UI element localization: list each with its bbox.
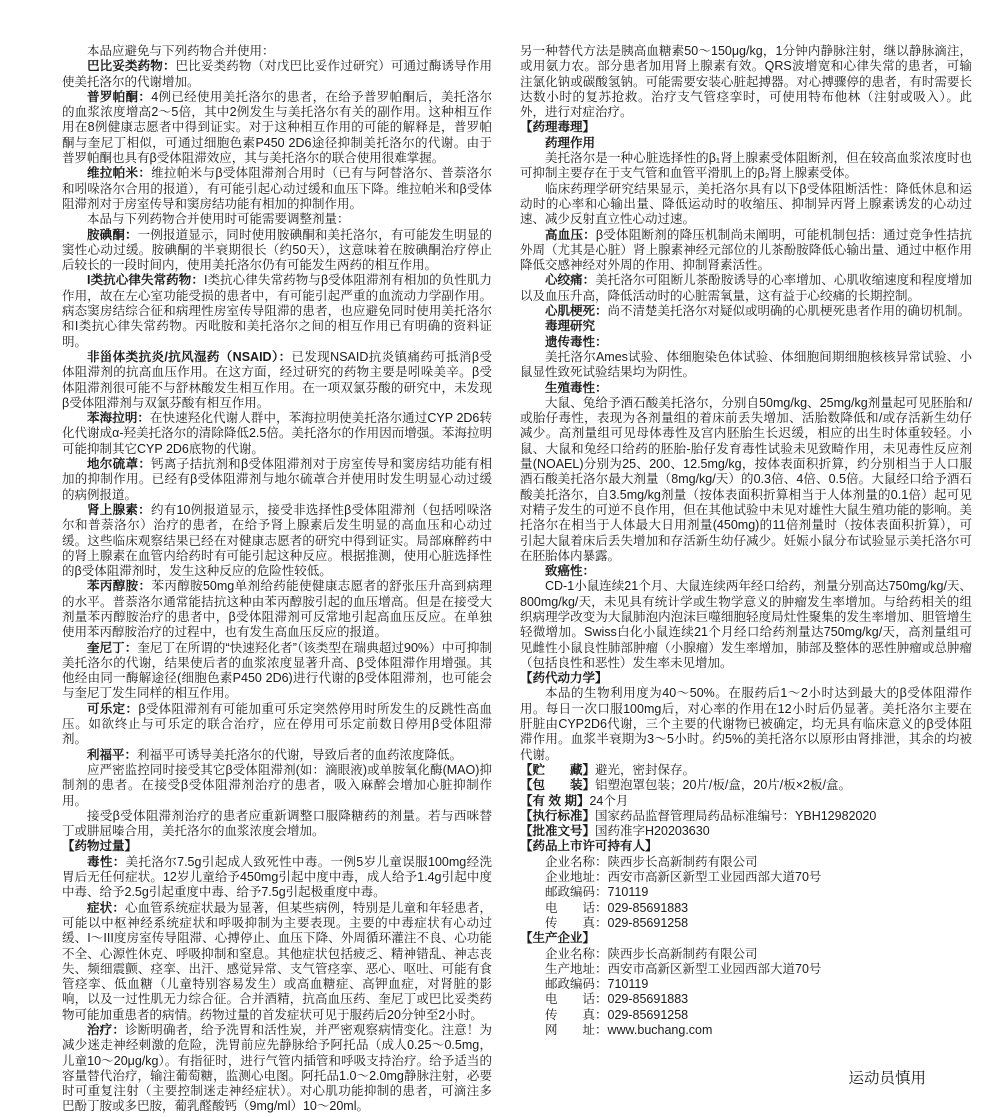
field-line: 【包 装】铝塑泡罩包装；20片/板/盒，20片/板×2板/盒。 [520, 778, 972, 793]
term-label: 利福平： [87, 748, 137, 762]
text-content: 企业名称：陕西步长高新制药有限公司 [545, 855, 758, 869]
paragraph: 巴比妥类药物：巴比妥类药物（对戊巴比妥作过研究）可通过酶诱导作用使美托洛尔的代谢… [62, 59, 492, 90]
text-content: 网 址：www.buchang.com [545, 1023, 712, 1037]
text-content: 本品应避免与下列药物合并使用： [87, 44, 275, 58]
paragraph: 普罗帕酮：4例已经使用美托洛尔的患者，在给予普罗帕酮后，美托洛尔的血浆浓度增高2… [62, 90, 492, 166]
text-content: 尚不清楚美托洛尔对疑似或明确的心肌梗死患者作用的确切机制。 [608, 304, 971, 318]
term-label: 苯海拉明： [87, 411, 150, 425]
text-content: 铝塑泡罩包装；20片/板/盒，20片/板×2板/盒。 [595, 778, 851, 792]
sub-heading: 致癌性： [520, 564, 972, 579]
info-line: 传 真：029-85691258 [520, 1008, 972, 1023]
text-content: 美托洛尔是一种心脏选择性的β₁肾上腺素受体阻断剂，但在较高血浆浓度时也可抑制主要… [520, 151, 972, 180]
paragraph: 症状：心血管系统症状最为显著，但某些病例，特别是儿童和年轻患者，可能以中枢神经系… [62, 901, 492, 1023]
insert-columns: 本品应避免与下列药物合并使用：巴比妥类药物：巴比妥类药物（对戊巴比妥作过研究）可… [0, 0, 1000, 1115]
text-content: 遗传毒性： [545, 335, 608, 349]
athlete-caution-note: 运动员慎用 [520, 1070, 972, 1088]
paragraph: 临床药理学研究结果显示，美托洛尔具有以下β受体阻断活性：降低休息和运动时的心率和… [520, 182, 972, 228]
info-line: 电 话：029-85691883 [520, 901, 972, 916]
field-label: 【批准文号】 [520, 824, 595, 838]
paragraph: 高血压：β受体阻断剂的降压机制尚未阐明，可能机制包括：通过竞争性拮抗外周（尤其是… [520, 228, 972, 274]
sub-heading: 生殖毒性： [520, 381, 972, 396]
paragraph: 另一种替代方法是胰高血糖素50～150μg/kg，1分钟内静脉注射，继以静脉滴注… [520, 44, 972, 120]
field-line: 【批准文号】国药准字H20203630 [520, 824, 972, 839]
text-content: 利福平可诱导美托洛尔的代谢，导致后者的血药浓度降低。 [137, 748, 462, 762]
term-label: 奎尼丁： [87, 641, 137, 655]
paragraph: 大鼠、兔给予酒石酸美托洛尔，分别自50mg/kg、25mg/kg剂量起可见胚胎和… [520, 396, 972, 564]
text-content: 企业名称：陕西步长高新制药有限公司 [545, 947, 758, 961]
term-label: 高血压： [545, 228, 596, 242]
sub-heading: 药理作用 [520, 136, 972, 151]
term-label: 苯丙醇胺： [87, 579, 151, 593]
text-content: 药理作用 [545, 136, 595, 150]
info-line: 企业名称：陕西步长高新制药有限公司 [520, 947, 972, 962]
paragraph: 维拉帕米：维拉帕米与β受体阻滞剂合用时（已有与阿替洛尔、普萘洛尔和吲哚洛尔合用的… [62, 166, 492, 212]
text-content: 【生产企业】 [520, 931, 595, 945]
paragraph: 心肌梗死：尚不清楚美托洛尔对疑似或明确的心肌梗死患者作用的确切机制。 [520, 304, 972, 319]
package-insert-page: 本品应避免与下列药物合并使用：巴比妥类药物：巴比妥类药物（对戊巴比妥作过研究）可… [0, 0, 1000, 1117]
term-label: 症状： [87, 901, 125, 915]
text-content: 另一种替代方法是胰高血糖素50～150μg/kg，1分钟内静脉注射，继以静脉滴注… [520, 44, 972, 119]
paragraph: 奎尼丁：奎尼丁在所谓的“快速羟化者”（该类型在瑞典超过90%）中可抑制美托洛尔的… [62, 641, 492, 702]
section-heading: 【药理毒理】 [520, 120, 972, 135]
text-content: 毒理研究 [545, 319, 595, 333]
right-column: 另一种替代方法是胰高血糖素50～150μg/kg，1分钟内静脉注射，继以静脉滴注… [520, 44, 972, 1115]
info-line: 邮政编码：710119 [520, 977, 972, 992]
term-label: 可乐定： [87, 702, 138, 716]
field-line: 【有 效 期】24个月 [520, 794, 972, 809]
text-content: 本品与下列药物合并使用时可能需要调整剂量： [87, 212, 350, 226]
term-label: 治疗： [87, 1023, 125, 1037]
paragraph: 利福平：利福平可诱导美托洛尔的代谢，导致后者的血药浓度降低。 [62, 748, 492, 763]
paragraph: 应严密监控同时接受其它β受体阻滞剂(如：滴眼液)或单胺氧化酶(MAO)抑制剂的患… [62, 763, 492, 809]
paragraph: 本品与下列药物合并使用时可能需要调整剂量： [62, 212, 492, 227]
paragraph: 非甾体类抗炎/抗风湿药（NSAID）：已发现NSAID抗炎镇痛药可抵消β受体阻滞… [62, 350, 492, 411]
section-heading: 【药物过量】 [62, 839, 492, 854]
paragraph: 治疗：诊断明确者，给予洗胃和活性炭，并严密观察病情变化。注意！为减少迷走神经刺激… [62, 1023, 492, 1115]
term-label: 非甾体类抗炎/抗风湿药（NSAID）： [87, 350, 292, 364]
text-content: 邮政编码：710119 [545, 977, 648, 991]
section-heading: 【药品上市许可持有人】 [520, 839, 972, 854]
text-content: 生产地址：西安市高新区新型工业园西部大道70号 [545, 962, 821, 976]
paragraph: 胺碘酮：一例报道显示，同时使用胺碘酮和美托洛尔，有可能发生明显的窦性心动过缓。胺… [62, 228, 492, 274]
info-line: 电 话：029-85691883 [520, 992, 972, 1007]
text-content: 致癌性： [545, 564, 595, 578]
info-line: 邮政编码：710119 [520, 885, 972, 900]
text-content: 本品的生物利用度为40～50%。在服药后1～2小时达到最大的β受体阻滞作用。每日… [520, 686, 972, 761]
text-content: 传 真：029-85691258 [545, 916, 688, 930]
paragraph: 地尔硫䓬：钙离子拮抗剂和β受体阻滞剂对于房室传导和窦房结功能有相加的抑制作用。已… [62, 457, 492, 503]
field-line: 【执行标准】国家药品监督管理局药品标准编号：YBH12982020 [520, 809, 972, 824]
info-line: 企业名称：陕西步长高新制药有限公司 [520, 855, 972, 870]
info-line: 生产地址：西安市高新区新型工业园西部大道70号 [520, 962, 972, 977]
paragraph: I类抗心律失常药物：I类抗心律失常药物与β受体阻滞剂有相加的负性肌力作用，故在左… [62, 273, 492, 349]
text-content: 国家药品监督管理局药品标准编号：YBH12982020 [595, 809, 876, 823]
term-label: 巴比妥类药物： [87, 59, 176, 73]
paragraph: 接受β受体阻滞剂治疗的患者应重新调整口服降糖药的剂量。若与西咪替丁或肼屈嗪合用，… [62, 809, 492, 840]
paragraph: 肾上腺素：约有10例报道显示，接受非选择性β受体阻滞剂（包括吲哚洛尔和普萘洛尔）… [62, 503, 492, 579]
paragraph: 苯海拉明：在快速羟化代谢人群中，苯海拉明使美托洛尔通过CYP 2D6转化代谢成α… [62, 411, 492, 457]
text-content: 心血管系统症状最为显著，但某些病例，特别是儿童和年轻患者，可能以中枢神经系统症状… [62, 901, 492, 1022]
term-label: 肾上腺素： [87, 503, 151, 517]
term-label: 毒性： [87, 855, 126, 869]
text-content: 美托洛尔Ames试验、体细胞染色体试验、体细胞间期细胞核核异常试验、小鼠显性致死… [520, 350, 972, 379]
field-label: 【贮 藏】 [520, 763, 595, 777]
text-content: 生殖毒性： [545, 381, 608, 395]
term-label: 胺碘酮： [87, 228, 138, 242]
paragraph: 本品的生物利用度为40～50%。在服药后1～2小时达到最大的β受体阻滞作用。每日… [520, 686, 972, 762]
text-content: 大鼠、兔给予酒石酸美托洛尔，分别自50mg/kg、25mg/kg剂量起可见胚胎和… [520, 396, 972, 563]
info-line: 网 址：www.buchang.com [520, 1023, 972, 1038]
info-line: 传 真：029-85691258 [520, 916, 972, 931]
field-line: 【贮 藏】避光，密封保存。 [520, 763, 972, 778]
paragraph: 美托洛尔是一种心脏选择性的β₁肾上腺素受体阻断剂，但在较高血浆浓度时也可抑制主要… [520, 151, 972, 182]
text-content: 电 话：029-85691883 [545, 901, 688, 915]
text-content: 避光，密封保存。 [595, 763, 695, 777]
term-label: 普罗帕酮： [87, 90, 151, 104]
section-heading: 【生产企业】 [520, 931, 972, 946]
paragraph: 心绞痛：美托洛尔可阻断儿茶酚胺诱导的心率增加、心肌收缩速度和程度增加以及血压升高… [520, 273, 972, 304]
term-label: 心肌梗死： [545, 304, 608, 318]
text-content: 国药准字H20203630 [595, 824, 710, 838]
section-heading: 【药代动力学】 [520, 671, 972, 686]
text-content: 【药物过量】 [62, 839, 137, 853]
paragraph: 本品应避免与下列药物合并使用： [62, 44, 492, 59]
paragraph: 美托洛尔Ames试验、体细胞染色体试验、体细胞间期细胞核核异常试验、小鼠显性致死… [520, 350, 972, 381]
text-content: 企业地址：西安市高新区新型工业园西部大道70号 [545, 870, 821, 884]
text-content: 应严密监控同时接受其它β受体阻滞剂(如：滴眼液)或单胺氧化酶(MAO)抑制剂的患… [62, 763, 492, 808]
left-column: 本品应避免与下列药物合并使用：巴比妥类药物：巴比妥类药物（对戊巴比妥作过研究）可… [62, 44, 492, 1115]
info-line: 企业地址：西安市高新区新型工业园西部大道70号 [520, 870, 972, 885]
text-content: 24个月 [589, 794, 628, 808]
text-content: 接受β受体阻滞剂治疗的患者应重新调整口服降糖药的剂量。若与西咪替丁或肼屈嗪合用，… [62, 809, 492, 838]
text-content: 传 真：029-85691258 [545, 1008, 688, 1022]
text-content: 电 话：029-85691883 [545, 992, 688, 1006]
text-content: 【药品上市许可持有人】 [520, 839, 658, 853]
field-label: 【执行标准】 [520, 809, 595, 823]
paragraph: 可乐定：β受体阻滞剂有可能加重可乐定突然停用时所发生的反跳性高血压。如欲终止与可… [62, 702, 492, 748]
field-label: 【包 装】 [520, 778, 595, 792]
field-label: 【有 效 期】 [520, 794, 589, 808]
text-content: 诊断明确者，给予洗胃和活性炭，并严密观察病情变化。注意！为减少迷走神经刺激的危险… [62, 1023, 492, 1113]
term-label: 地尔硫䓬： [87, 457, 151, 471]
term-label: 维拉帕米： [87, 166, 151, 180]
paragraph: 毒性：美托洛尔7.5g引起成人致死性中毒。一例5岁儿童误服100mg经洗胃后无任… [62, 855, 492, 901]
text-content: 邮政编码：710119 [545, 885, 648, 899]
text-content: 美托洛尔7.5g引起成人致死性中毒。一例5岁儿童误服100mg经洗胃后无任何症状… [62, 855, 492, 900]
term-label: 心绞痛： [545, 273, 595, 287]
paragraph: 苯丙醇胺：苯丙醇胺50mg单剂给药能使健康志愿者的舒张压升高到病理的水平。普萘洛… [62, 579, 492, 640]
text-content: 临床药理学研究结果显示，美托洛尔具有以下β受体阻断活性：降低休息和运动时的心率和… [520, 182, 972, 227]
text-content: 【药代动力学】 [520, 671, 608, 685]
text-content: 【药理毒理】 [520, 120, 595, 134]
text-content: CD-1小鼠连续21个月、大鼠连续两年经口给药，剂量分别高达750mg/kg/天… [520, 579, 972, 669]
paragraph: CD-1小鼠连续21个月、大鼠连续两年经口给药，剂量分别高达750mg/kg/天… [520, 579, 972, 671]
term-label: I类抗心律失常药物： [87, 273, 204, 287]
sub-heading: 毒理研究 [520, 319, 972, 334]
sub-heading: 遗传毒性： [520, 335, 972, 350]
